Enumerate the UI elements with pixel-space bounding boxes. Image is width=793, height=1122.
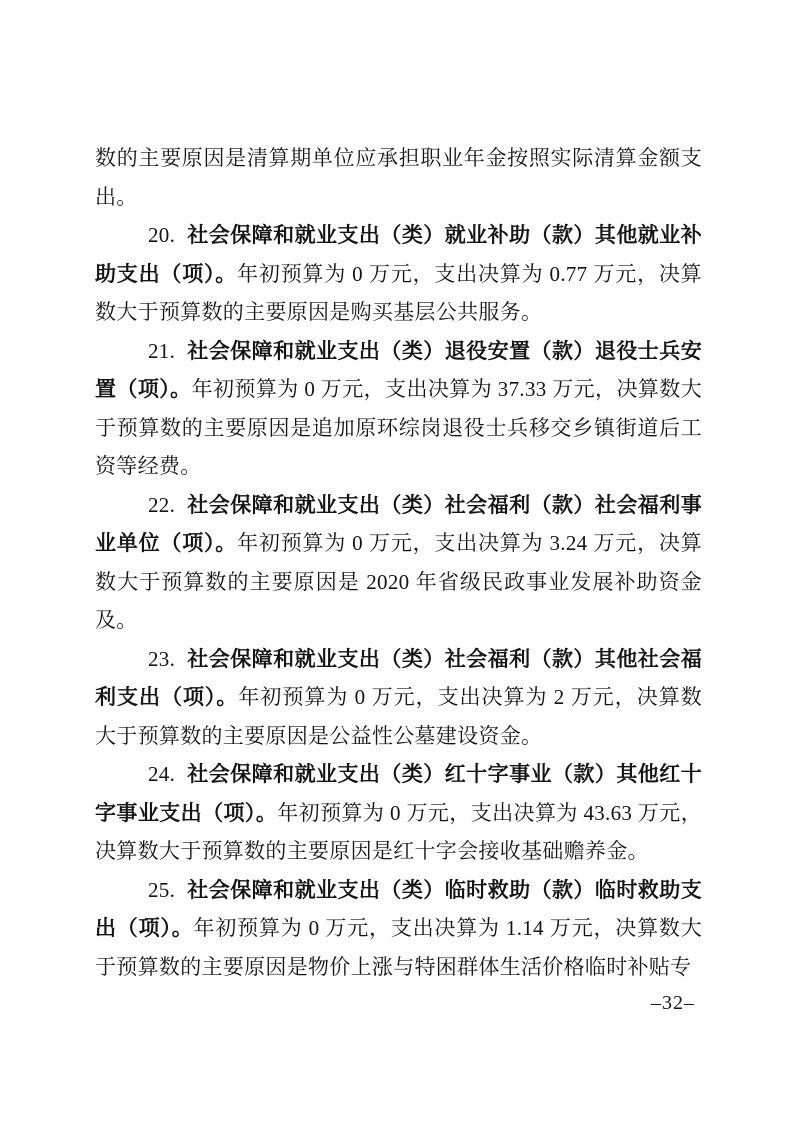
document-page: 数的主要原因是清算期单位应承担职业年金按照实际清算金额支出。 20.社会保障和就… — [0, 0, 793, 1122]
item-number: 22. — [148, 493, 175, 517]
continuation-paragraph: 数的主要原因是清算期单位应承担职业年金按照实际清算金额支出。 — [95, 139, 702, 216]
page-number: –32– — [651, 992, 695, 1015]
budget-item-paragraph-24: 24.社会保障和就业支出（类）红十字事业（款）其他红十字事业支出（项）。年初预算… — [95, 755, 702, 871]
item-number: 25. — [148, 878, 175, 902]
budget-item-paragraph-25: 25.社会保障和就业支出（类）临时救助（款）临时救助支出（项）。年初预算为 0 … — [95, 871, 702, 987]
item-number: 24. — [148, 762, 175, 786]
text-block: 数的主要原因是清算期单位应承担职业年金按照实际清算金额支出。 20.社会保障和就… — [95, 139, 702, 986]
budget-item-paragraph-23: 23.社会保障和就业支出（类）社会福利（款）其他社会福利支出（项）。年初预算为 … — [95, 640, 702, 756]
budget-item-paragraph-20: 20.社会保障和就业支出（类）就业补助（款）其他就业补助支出（项）。年初预算为 … — [95, 216, 702, 332]
budget-item-paragraph-22: 22.社会保障和就业支出（类）社会福利（款）社会福利事业单位（项）。年初预算为 … — [95, 486, 702, 640]
item-number: 20. — [148, 223, 175, 247]
budget-item-paragraph-21: 21.社会保障和就业支出（类）退役安置（款）退役士兵安置（项）。年初预算为 0 … — [95, 332, 702, 486]
item-number: 23. — [148, 647, 175, 671]
item-number: 21. — [148, 339, 175, 363]
